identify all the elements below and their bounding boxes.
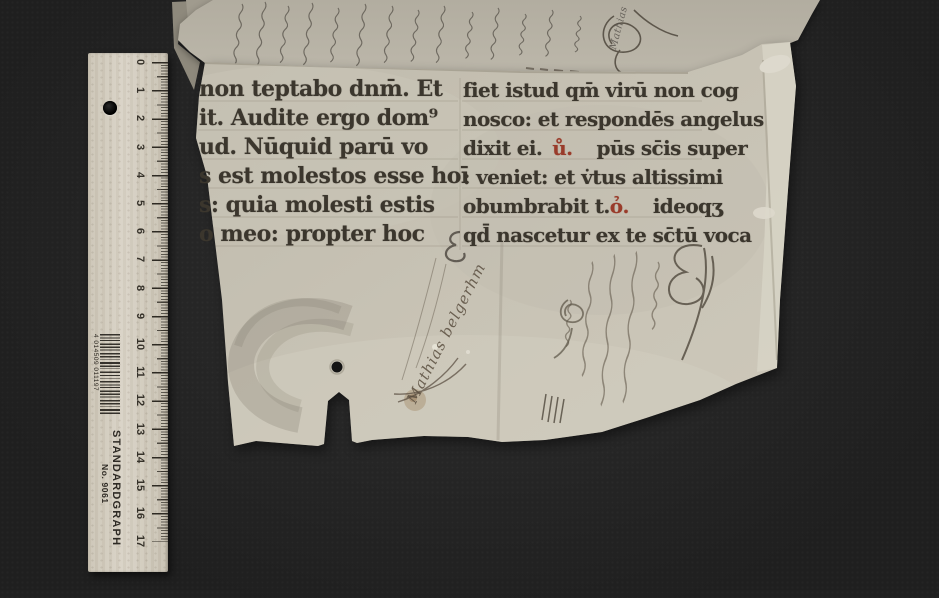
text-line-right-1: fiet istud qm̄ virū non cog	[463, 78, 738, 102]
ruler-cm-label: 4	[132, 167, 148, 183]
ruler-cm-label: 15	[132, 477, 148, 493]
ruler-cm-ticks	[152, 62, 168, 542]
rubricated-versicle-mark: ỏ.	[610, 194, 629, 218]
text-segment: ideoqʒ	[653, 194, 722, 218]
text-line-left-4: s est molestos esse hoī	[199, 163, 469, 189]
ruler-cm-label: 3	[132, 139, 148, 155]
rubricated-versicle-mark: ů.	[552, 136, 572, 160]
ruler-cm-label: 2	[132, 110, 148, 126]
ruler-cm-label: 6	[132, 223, 148, 239]
ruler-cm-label: 14	[132, 449, 148, 465]
edge-chip-highlight	[753, 207, 775, 219]
text-segment: dixit ei.	[463, 136, 542, 160]
text-line-left-5: s: quia molesti estis	[199, 192, 434, 218]
text-line-right-6: qd̄ nascetur ex te sc̄tū voca	[463, 223, 752, 247]
text-line-right-3: dixit ei.ů.pūs sc̄is super	[463, 136, 747, 160]
ruler-cm-label: 8	[132, 280, 148, 296]
text-line-right-5: obumbrabit t.ỏ.ideoqʒ	[463, 194, 722, 218]
ruler-brand: STANDARDGRAPH No. 9061	[100, 430, 122, 580]
ruler-cm-label: 5	[132, 195, 148, 211]
text-line-right-2: nosco: et respondēs angelus	[463, 107, 764, 131]
ruler-cm-label: 11	[132, 364, 148, 380]
ruler-hanging-hole	[103, 101, 117, 115]
photo-of-manuscript-fragment: 0 1 2 3 4 5 6 7 8 9 10 11 12 13 14 15 16…	[0, 0, 939, 598]
ruler-cm-label: 17	[132, 533, 148, 549]
text-line-left-3: ud. Nūquid parū vo	[199, 134, 428, 160]
ruler-cm-label: 1	[132, 82, 148, 98]
text-line-right-4: : veniet: et v̇tus altissimi	[463, 165, 723, 189]
ruler: 0 1 2 3 4 5 6 7 8 9 10 11 12 13 14 15 16…	[88, 53, 168, 572]
ruler-cm-label: 9	[132, 308, 148, 324]
text-line-left-6: o meo: propter hoc	[199, 221, 425, 247]
white-fleck	[466, 350, 470, 354]
ruler-cm-label: 10	[132, 336, 148, 352]
text-segment: pūs sc̄is super	[597, 136, 748, 160]
ruler-cm-label: 7	[132, 251, 148, 267]
barcode-digits: 4 014509 011197	[92, 334, 99, 414]
wormhole	[332, 362, 343, 373]
text-line-left-1: non teptabo dnm̄. Et	[199, 76, 442, 102]
text-line-left-2: it. Audite ergo dom⁹	[199, 105, 438, 131]
text-segment: obumbrabit t.	[463, 194, 610, 218]
ruler-cm-label: 0	[132, 54, 148, 70]
ruler-cm-label: 12	[132, 392, 148, 408]
ruler-brand-name: STANDARDGRAPH	[110, 430, 122, 580]
ruler-cm-label: 16	[132, 505, 148, 521]
ruler-model-number: No. 9061	[100, 430, 110, 580]
barcode	[100, 334, 120, 414]
ruler-cm-label: 13	[132, 421, 148, 437]
